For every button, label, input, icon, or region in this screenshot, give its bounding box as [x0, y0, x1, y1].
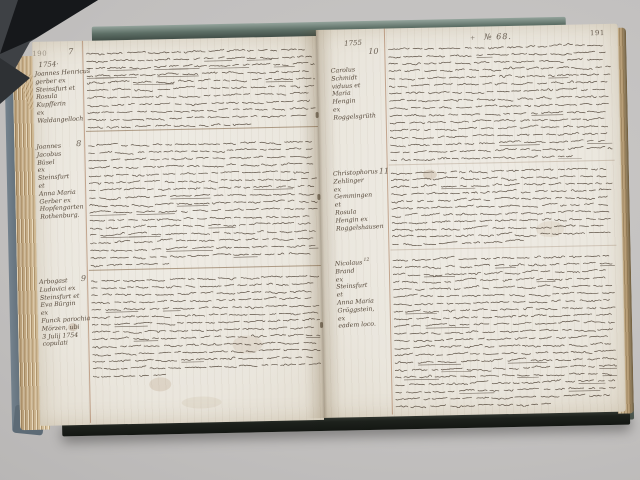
entry-9-body-script: [91, 271, 321, 379]
binding-stitch: [317, 194, 320, 200]
left-year-label: 1754·: [38, 60, 58, 69]
entry-9-margin-note: ArbogastLudovici exSteinsfurt etEva Bürg…: [39, 276, 93, 349]
entry-10-margin-note: CarolusSchmidtviduus etMariaHenginexRogg…: [331, 65, 384, 122]
entry-12-margin-note: Nicolaus 12BrandexSteinsfurtetAnna Maria…: [335, 256, 389, 331]
right-year-label: 1755: [344, 39, 362, 48]
entry-7-body-script: [86, 44, 316, 130]
entry-12-body-script: [393, 251, 618, 410]
entry-8-margin-note: JoannesJacobusBüselexSteinsfurtetAnna Ma…: [36, 141, 90, 222]
entry-7-number: 7: [68, 47, 73, 56]
entry-11-body-script: [391, 164, 615, 247]
entry-10-body-script: [388, 40, 612, 163]
binding-stitch: [320, 322, 323, 328]
entry-number-superscript: 12: [362, 258, 369, 263]
binding-stitch: [316, 112, 319, 118]
register-book: 190 1754· + № 68. 191 1755 7Joannes Henr…: [4, 16, 634, 441]
folio-heading: № 68.: [484, 32, 512, 42]
entry-7-margin-note: Joannes Henricusgerber exSteinsfurt etRo…: [35, 68, 88, 125]
entry-10-number: 10: [368, 47, 378, 56]
entry-11-margin-note: ChristophorusZehlingerexGemmingenetRosul…: [333, 168, 386, 233]
entry-8-body-script: [88, 136, 319, 268]
right-page-number: 191: [590, 29, 605, 37]
cross-mark: +: [470, 35, 475, 42]
left-page-number: 190: [32, 50, 47, 58]
photograph-of-register: 190 1754· + № 68. 191 1755 7Joannes Henr…: [0, 0, 640, 480]
right-page-heading: + № 68.: [470, 32, 512, 42]
